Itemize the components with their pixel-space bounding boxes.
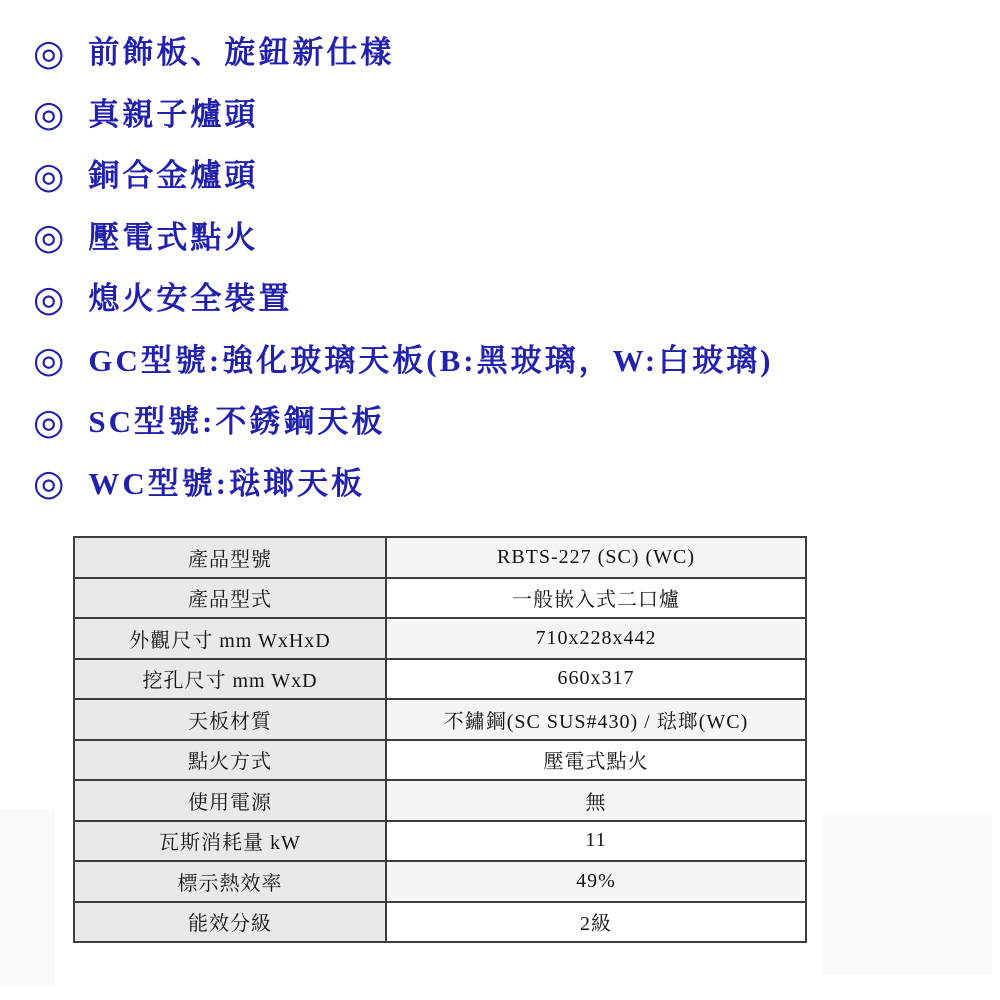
background-band-left <box>0 810 55 986</box>
table-row: 瓦斯消耗量 kW 11 <box>74 821 806 862</box>
product-spec-table: 產品型號 RBTS-227 (SC) (WC) 產品型式 一般嵌入式二口爐 外觀… <box>73 536 807 943</box>
spec-label: 能效分級 <box>74 902 386 943</box>
spec-value: 49% <box>386 861 806 902</box>
double-circle-bullet-icon: ◎ <box>33 35 64 71</box>
double-circle-bullet-icon: ◎ <box>33 158 64 194</box>
spec-label: 挖孔尺寸 mm WxD <box>74 659 386 700</box>
table-row: 能效分級 2級 <box>74 902 806 943</box>
spec-label: 產品型式 <box>74 578 386 619</box>
spec-value: 一般嵌入式二口爐 <box>386 578 806 619</box>
spec-value: 2級 <box>386 902 806 943</box>
feature-item: ◎ 銅合金爐頭 <box>33 145 774 207</box>
double-circle-bullet-icon: ◎ <box>33 404 64 440</box>
feature-text: GC型號:強化玻璃天板(B:黑玻璃，W:白玻璃) <box>88 345 773 376</box>
feature-item: ◎ 前飾板、旋鈕新仕樣 <box>33 22 774 84</box>
spec-label: 使用電源 <box>74 780 386 821</box>
feature-text: 壓電式點火 <box>88 222 258 253</box>
feature-item: ◎ WC型號:琺瑯天板 <box>33 453 774 515</box>
spec-value: 不鏽鋼(SC SUS#430) / 琺瑯(WC) <box>386 699 806 740</box>
spec-value: 660x317 <box>386 659 806 700</box>
table-row: 產品型式 一般嵌入式二口爐 <box>74 578 806 619</box>
feature-item: ◎ SC型號:不銹鋼天板 <box>33 391 774 453</box>
feature-text: WC型號:琺瑯天板 <box>88 468 365 499</box>
feature-item: ◎ 熄火安全裝置 <box>33 268 774 330</box>
spec-label: 產品型號 <box>74 537 386 578</box>
spec-value: 壓電式點火 <box>386 740 806 781</box>
feature-list: ◎ 前飾板、旋鈕新仕樣 ◎ 真親子爐頭 ◎ 銅合金爐頭 ◎ 壓電式點火 ◎ 熄火… <box>33 22 774 514</box>
spec-label: 點火方式 <box>74 740 386 781</box>
double-circle-bullet-icon: ◎ <box>33 96 64 132</box>
table-row: 標示熱效率 49% <box>74 861 806 902</box>
spec-label: 瓦斯消耗量 kW <box>74 821 386 862</box>
feature-text: SC型號:不銹鋼天板 <box>88 406 385 437</box>
spec-value: 710x228x442 <box>386 618 806 659</box>
feature-item: ◎ 壓電式點火 <box>33 207 774 269</box>
feature-item: ◎ 真親子爐頭 <box>33 84 774 146</box>
spec-label: 天板材質 <box>74 699 386 740</box>
table-row: 使用電源 無 <box>74 780 806 821</box>
feature-item: ◎ GC型號:強化玻璃天板(B:黑玻璃，W:白玻璃) <box>33 330 774 392</box>
spec-value: 11 <box>386 821 806 862</box>
background-band-right <box>822 815 992 975</box>
feature-text: 銅合金爐頭 <box>88 160 258 191</box>
spec-value: RBTS-227 (SC) (WC) <box>386 537 806 578</box>
feature-text: 熄火安全裝置 <box>88 283 292 314</box>
table-row: 產品型號 RBTS-227 (SC) (WC) <box>74 537 806 578</box>
double-circle-bullet-icon: ◎ <box>33 281 64 317</box>
double-circle-bullet-icon: ◎ <box>33 465 64 501</box>
table-row: 天板材質 不鏽鋼(SC SUS#430) / 琺瑯(WC) <box>74 699 806 740</box>
double-circle-bullet-icon: ◎ <box>33 219 64 255</box>
spec-label: 標示熱效率 <box>74 861 386 902</box>
table-row: 點火方式 壓電式點火 <box>74 740 806 781</box>
table-row: 挖孔尺寸 mm WxD 660x317 <box>74 659 806 700</box>
double-circle-bullet-icon: ◎ <box>33 342 64 378</box>
feature-text: 真親子爐頭 <box>88 99 258 130</box>
feature-text: 前飾板、旋鈕新仕樣 <box>88 37 394 68</box>
table-row: 外觀尺寸 mm WxHxD 710x228x442 <box>74 618 806 659</box>
spec-label: 外觀尺寸 mm WxHxD <box>74 618 386 659</box>
spec-value: 無 <box>386 780 806 821</box>
